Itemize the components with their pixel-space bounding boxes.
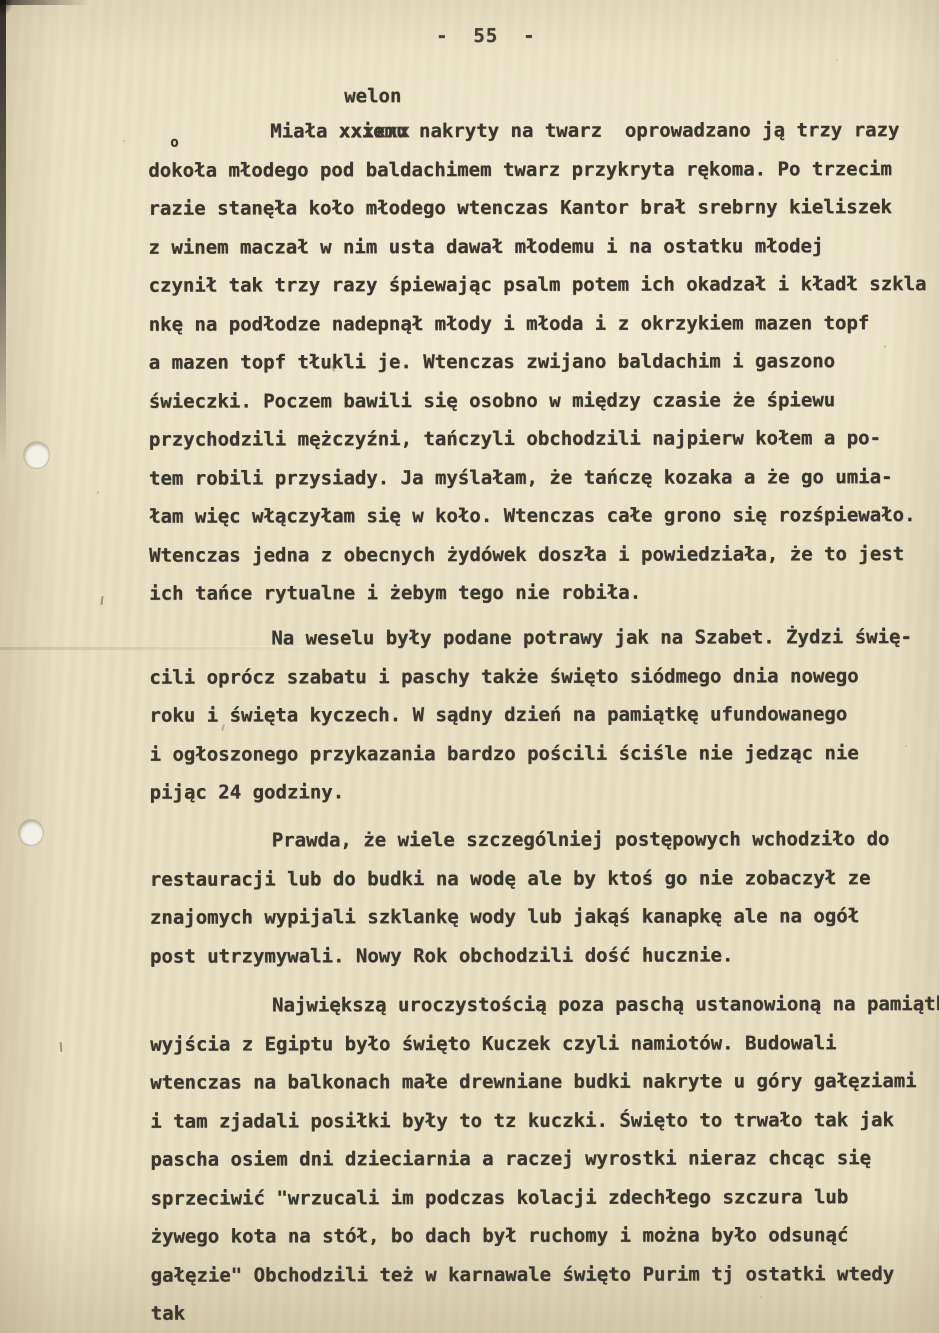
typed-line: przychodzili mężczyźni, tańczyli obchodz… [149, 419, 927, 459]
typed-line: a mazen topf tłukli je. Wtenczas zwijano… [149, 342, 927, 382]
crossed-out-word: xxiemuxxxxxx [339, 112, 408, 151]
typed-line: Wtenczas jedna z obecnych żydówek doszła… [149, 535, 927, 575]
typed-line: post utrzymywali. Nowy Rok obchodzili do… [150, 936, 890, 976]
typed-line: razie stanęła koło młodego wtenczas Kant… [148, 188, 926, 228]
typed-line: pijąc 24 godziny. [150, 772, 913, 812]
typed-line: Na weselu były podane potrawy jak na Sza… [149, 618, 912, 658]
line-text: Miała [270, 120, 339, 142]
typed-line: gałęzie" Obchodzili też w karnawale świę… [151, 1254, 939, 1294]
typed-line: łam więc włączyłam się w koło. Wtenczas … [149, 496, 927, 536]
typed-line: nkę na podłodze nadepnął młody i młoda i… [149, 304, 927, 344]
line-text: nakryty na twarz oprowadzano ją trzy raz… [408, 119, 900, 142]
typed-line: ich tańce rytualne i żebym tego nie robi… [149, 573, 927, 613]
paragraph-wedding-ritual: Miała xxiemuxxxxxx nakryty na twarz opro… [148, 111, 927, 613]
typed-line: wtenczas na balkonach małe drewniane bud… [150, 1062, 939, 1102]
overtype-x-marks: xxxxxx [339, 112, 411, 151]
typed-line: znajomych wypijali szklankę wody lub jak… [150, 897, 890, 937]
paragraph-fasting: Prawda, że wiele szczególniej postępowyc… [150, 820, 890, 976]
typed-line: Miała xxiemuxxxxxx nakryty na twarz opro… [148, 111, 926, 151]
scanned-typewritten-page: - 55 - welon o Miała xxiemuxxxxxx nakryt… [0, 0, 939, 1333]
typed-line: Prawda, że wiele szczególniej postępowyc… [150, 820, 890, 860]
typed-line: i tam zjadali posiłki były to tz kuczki.… [150, 1100, 939, 1140]
typed-line: i ogłoszonego przykazania bardzo pościli… [150, 734, 913, 774]
typed-line: roku i święta kyczech. W sądny dzień na … [149, 695, 912, 735]
typed-line: cili oprócz szabatu i paschy także święt… [149, 657, 912, 697]
typed-line: czynił tak trzy razy śpiewając psalm pot… [149, 265, 927, 305]
typed-line: dokoła młodego pod baldachimem twarz prz… [148, 150, 926, 190]
typed-line: żywego kota na stół, bo dach był ruchomy… [151, 1216, 939, 1256]
page-number: - 55 - [436, 25, 536, 47]
typed-insertion-welon: welon [344, 85, 401, 107]
typed-text-layer: - 55 - welon o Miała xxiemuxxxxxx nakryt… [0, 0, 939, 1333]
typed-line: tem robili przysiady. Ja myślałam, że ta… [149, 458, 927, 498]
typed-line: restauracji lub do budki na wodę ale by … [150, 859, 890, 899]
paragraph-sabbath-holidays: Na weselu były podane potrawy jak na Sza… [149, 618, 912, 812]
typed-line: Największą uroczystością poza paschą ust… [150, 985, 939, 1025]
typed-line: pascha osiem dni dzieciarnia a raczej wy… [150, 1139, 939, 1179]
typed-line: wyjścia z Egiptu było święto Kuczek czyl… [150, 1023, 939, 1063]
typed-line: świeczki. Poczem bawili się osobno w mię… [149, 381, 927, 421]
paragraph-sukkot-purim: Największą uroczystością poza paschą ust… [150, 985, 939, 1333]
typed-line: z winem maczał w nim usta dawał młodemu … [148, 227, 926, 267]
typed-line: sprzeciwić "wrzucali im podczas kolacji … [150, 1177, 939, 1217]
typed-line: tak [151, 1293, 939, 1333]
